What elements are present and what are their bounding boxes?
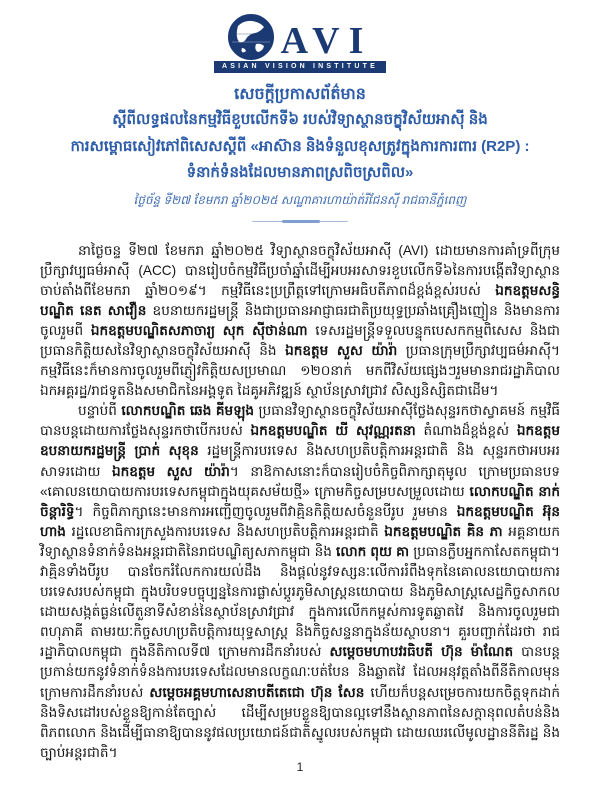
body-paragraph-1: នាថ្ងៃចន្ទ ទី២៧ ខែមករា ឆ្នាំ២០២៥ វិទ្យាស… — [40, 241, 560, 402]
title-line-4: ទំនាក់ទំនងដែលមានភាពស្រពិចស្រពិល» — [48, 160, 552, 187]
title-line-3: ការសម្ពោធសៀវភៅពិសេសស្តីពី «អាស៊ាន និងទំន… — [48, 134, 552, 161]
avi-logo-banner: ASIAN VISION INSTITUTE — [214, 61, 386, 73]
avi-wordmark: AVI — [281, 24, 373, 60]
press-release-page: AVI ASIAN VISION INSTITUTE សេចក្តីប្រកាស… — [0, 0, 600, 800]
globe-icon — [228, 14, 274, 60]
divider-center-flourish — [282, 220, 320, 224]
press-release-heading: សេចក្តីប្រកាសព័ត៌មាន — [48, 82, 552, 107]
title-block: សេចក្តីប្រកាសព័ត៌មាន ស្តីពីលទ្ធផលនៃកម្មវ… — [0, 82, 600, 224]
page-number: 1 — [0, 760, 600, 774]
document-header: AVI ASIAN VISION INSTITUTE — [0, 0, 600, 73]
body-paragraph-2: បន្ទាប់ពី លោកបណ្ឌិត ឆេង គីមឡុង ប្រធានវិទ… — [40, 401, 560, 763]
event-dateline: ថ្ងៃច័ន្ទ ទី២៧ ខែមករា ឆ្នាំ២០២៥ សណ្ឋាគារ… — [48, 192, 552, 209]
title-line-2: ស្តីពីលទ្ធផលនៃកម្មវិធីខួបលើកទី៦ របស់វិទ្… — [48, 107, 552, 134]
avi-logo-row: AVI — [228, 14, 373, 60]
avi-logo: AVI ASIAN VISION INSTITUTE — [214, 14, 386, 73]
decorative-divider — [252, 220, 348, 224]
document-body: នាថ្ងៃចន្ទ ទី២៧ ខែមករា ឆ្នាំ២០២៥ វិទ្យាស… — [0, 224, 600, 763]
